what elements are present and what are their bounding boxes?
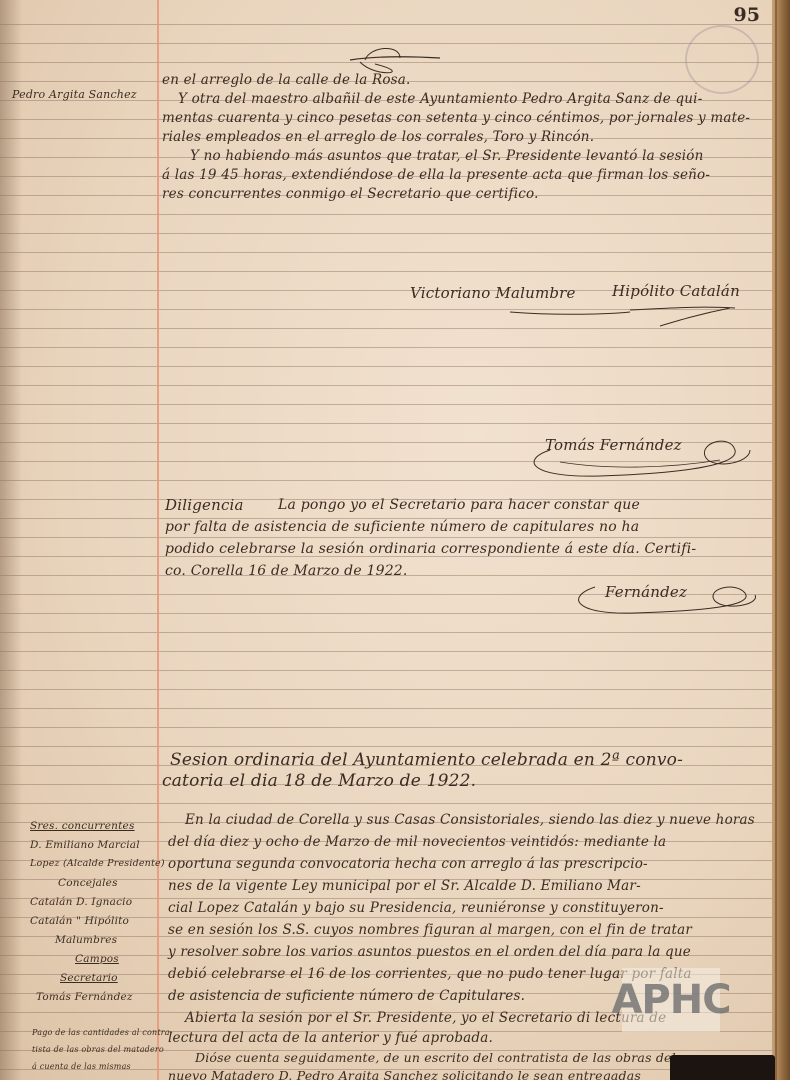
session-heading: catoria el dia 18 de Marzo de 1922. (162, 771, 476, 791)
text-line: riales empleados en el arreglo de los co… (162, 129, 594, 145)
faded-stamp (685, 25, 759, 94)
margin-note-bottom: Pago de las cantidades al contra- (32, 1028, 173, 1037)
margin-note: Campos (75, 953, 119, 965)
text-line: co. Corella 16 de Marzo de 1922. (165, 563, 408, 579)
page-edge-line (775, 0, 777, 1080)
signature-flourish-icon (520, 420, 760, 480)
text-line: del día diez y ocho de Marzo de mil nove… (168, 834, 666, 850)
margin-note: Catalán " Hipólito (30, 915, 129, 927)
signature-underline-icon (500, 300, 750, 330)
margin-note: Sres. concurrentes (30, 820, 135, 832)
margin-note: Lopez (Alcalde Presidente) (30, 858, 165, 869)
text-line: nuevo Matadero D. Pedro Argita Sanchez s… (168, 1068, 641, 1080)
text-line: por falta de asistencia de suficiente nú… (165, 519, 639, 535)
text-line: Y otra del maestro albañil de este Ayunt… (178, 91, 702, 107)
margin-note: Concejales (58, 877, 118, 889)
page-number: 95 (734, 4, 760, 26)
session-heading: Sesion ordinaria del Ayuntamiento celebr… (170, 750, 683, 770)
text-line: res concurrentes conmigo el Secretario q… (162, 186, 539, 202)
signature-catalan: Hipólito Catalán (612, 282, 740, 300)
ledger-page: 95 Pedro Argita Sanchez en el arreglo de… (0, 0, 790, 1080)
diligencia-label: Diligencia (165, 496, 244, 514)
margin-note: Secretario (60, 972, 118, 984)
aphc-watermark: APHC (622, 968, 720, 1032)
text-line: Y no habiendo más asuntos que tratar, el… (190, 148, 704, 164)
margin-note-bottom: tista de las obras del matadero (32, 1045, 164, 1054)
text-line: cial Lopez Catalán y bajo su Presidencia… (168, 900, 664, 916)
margin-rule (157, 0, 159, 1080)
text-line: se en sesión los S.S. cuyos nombres figu… (168, 922, 692, 938)
text-line: Dióse cuenta seguidamente, de un escrito… (195, 1050, 676, 1065)
text-line: en el arreglo de la calle de la Rosa. (162, 72, 411, 88)
margin-note: Tomás Fernández (36, 991, 133, 1003)
margin-note-bottom: á cuenta de las mismas (32, 1062, 131, 1071)
text-line: mentas cuarenta y cinco pesetas con sete… (162, 110, 750, 126)
text-line: oportuna segunda convocatoria hecha con … (168, 856, 648, 872)
margin-note: Malumbres (55, 934, 117, 946)
text-line: de asistencia de suficiente número de Ca… (168, 988, 525, 1004)
text-line: á las 19 45 horas, extendiéndose de ella… (162, 167, 710, 183)
margin-note: D. Emiliano Marcial (30, 839, 140, 851)
text-line: nes de la vigente Ley municipal por el S… (168, 878, 641, 894)
text-line: y resolver sobre los varios asuntos pues… (168, 944, 691, 960)
text-line: La pongo yo el Secretario para hacer con… (278, 497, 640, 513)
dark-tab-object (670, 1055, 775, 1080)
text-line: podido celebrarse la sesión ordinaria co… (165, 541, 696, 557)
text-line: lectura del acta de la anterior y fué ap… (168, 1030, 493, 1046)
text-line: En la ciudad de Corella y sus Casas Cons… (185, 812, 755, 828)
margin-note: Catalán D. Ignacio (30, 896, 132, 908)
margin-note-top: Pedro Argita Sanchez (12, 88, 137, 101)
text-line: Abierta la sesión por el Sr. Presidente,… (185, 1010, 666, 1026)
signature-flourish-icon (565, 575, 765, 620)
